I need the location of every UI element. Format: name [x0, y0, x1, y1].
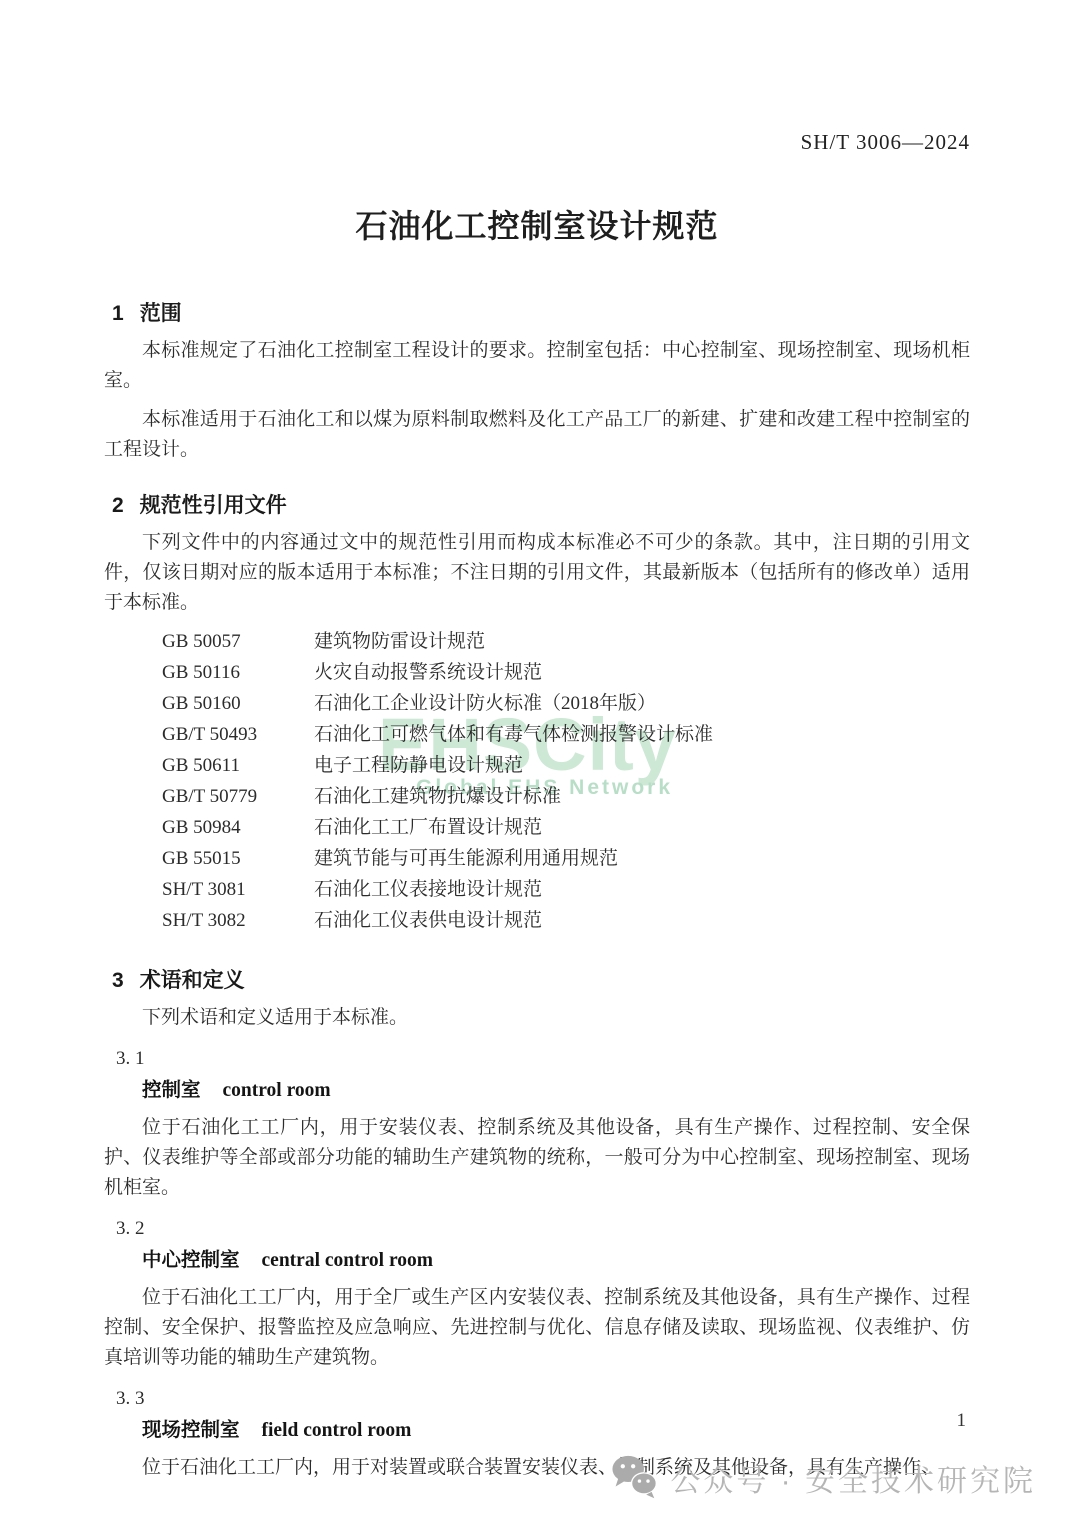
wechat-account-label: 公众号 · 安全技术研究院	[670, 1456, 1036, 1500]
reference-title: 建筑物防雷设计规范	[314, 626, 970, 657]
reference-title: 石油化工仪表供电设计规范	[314, 905, 970, 936]
section-2-heading: 2规范性引用文件	[112, 489, 970, 519]
section-1-paragraph-2: 本标准适用于石油化工和以煤为原料制取燃料及化工产品工厂的新建、扩建和改建工程中控…	[104, 405, 970, 465]
reference-row: GB 50116火灾自动报警系统设计规范	[104, 657, 970, 688]
reference-code: GB 50611	[162, 750, 314, 781]
section-1-heading: 1范围	[112, 297, 970, 327]
reference-code: SH/T 3082	[162, 905, 314, 936]
reference-code: GB 50057	[162, 626, 314, 657]
term-name-chinese: 中心控制室	[142, 1249, 240, 1271]
page-number: 1	[957, 1410, 967, 1432]
reference-row: GB 55015建筑节能与可再生能源利用通用规范	[104, 843, 970, 874]
term-number: 3. 1	[116, 1046, 970, 1072]
term-name: 现场控制室field control room	[142, 1417, 970, 1444]
section-1-number: 1	[112, 302, 124, 325]
reference-title: 石油化工可燃气体和有毒气体检测报警设计标准	[314, 719, 970, 750]
term-name: 控制室control room	[142, 1077, 970, 1104]
term-name: 中心控制室central control room	[142, 1247, 970, 1274]
reference-code: GB 50160	[162, 688, 314, 719]
section-2-title: 规范性引用文件	[140, 494, 287, 517]
standard-number: SH/T 3006—2024	[104, 0, 970, 155]
reference-row: GB 50984石油化工工厂布置设计规范	[104, 812, 970, 843]
term-name-english: central control room	[262, 1250, 433, 1271]
term-name-english: field control room	[262, 1420, 412, 1441]
reference-title: 石油化工企业设计防火标准（2018年版）	[314, 688, 970, 719]
reference-row: GB 50057建筑物防雷设计规范	[104, 626, 970, 657]
reference-title: 火灾自动报警系统设计规范	[314, 657, 970, 688]
reference-row: GB 50160石油化工企业设计防火标准（2018年版）	[104, 688, 970, 719]
page-title: 石油化工控制室设计规范	[104, 201, 970, 247]
reference-code: GB/T 50779	[162, 781, 314, 812]
reference-title: 电子工程防静电设计规范	[314, 750, 970, 781]
section-3-number: 3	[112, 969, 124, 992]
section-3-intro: 下列术语和定义适用于本标准。	[104, 1003, 970, 1033]
reference-code: GB 55015	[162, 843, 314, 874]
reference-code: SH/T 3081	[162, 874, 314, 905]
wechat-account-badge: 公众号 · 安全技术研究院	[611, 1455, 1036, 1500]
section-3-title: 术语和定义	[140, 969, 245, 992]
wechat-icon	[611, 1455, 658, 1500]
reference-title: 建筑节能与可再生能源利用通用规范	[314, 843, 970, 874]
term-name-chinese: 现场控制室	[142, 1419, 240, 1441]
document-page: EHSCity Global EHS Network SH/T 3006—202…	[0, 0, 1080, 1527]
term-definition: 位于石油化工工厂内，用于安装仪表、控制系统及其他设备，具有生产操作、过程控制、安…	[104, 1113, 970, 1203]
term-number: 3. 2	[116, 1216, 970, 1242]
section-1-paragraph-1: 本标准规定了石油化工控制室工程设计的要求。控制室包括：中心控制室、现场控制室、现…	[104, 336, 970, 396]
reference-title: 石油化工工厂布置设计规范	[314, 812, 970, 843]
reference-row: GB/T 50779石油化工建筑物抗爆设计标准	[104, 781, 970, 812]
section-3-heading: 3术语和定义	[112, 964, 970, 994]
reference-row: GB/T 50493石油化工可燃气体和有毒气体检测报警设计标准	[104, 719, 970, 750]
term-name-english: control room	[223, 1080, 331, 1101]
normative-references-list: GB 50057建筑物防雷设计规范 GB 50116火灾自动报警系统设计规范 G…	[104, 626, 970, 936]
reference-row: SH/T 3082石油化工仪表供电设计规范	[104, 905, 970, 936]
reference-title: 石油化工建筑物抗爆设计标准	[314, 781, 970, 812]
term-number: 3. 3	[116, 1386, 970, 1412]
section-2-number: 2	[112, 494, 124, 517]
section-2-intro: 下列文件中的内容通过文中的规范性引用而构成本标准必不可少的条款。其中，注日期的引…	[104, 528, 970, 618]
reference-code: GB 50984	[162, 812, 314, 843]
document-content: SH/T 3006—2024 石油化工控制室设计规范 1范围 本标准规定了石油化…	[0, 0, 1080, 1483]
reference-row: GB 50611电子工程防静电设计规范	[104, 750, 970, 781]
reference-title: 石油化工仪表接地设计规范	[314, 874, 970, 905]
reference-row: SH/T 3081石油化工仪表接地设计规范	[104, 874, 970, 905]
section-1-title: 范围	[140, 302, 182, 325]
term-name-chinese: 控制室	[142, 1079, 201, 1101]
term-definition: 位于石油化工工厂内，用于全厂或生产区内安装仪表、控制系统及其他设备，具有生产操作…	[104, 1283, 970, 1373]
reference-code: GB 50116	[162, 657, 314, 688]
reference-code: GB/T 50493	[162, 719, 314, 750]
